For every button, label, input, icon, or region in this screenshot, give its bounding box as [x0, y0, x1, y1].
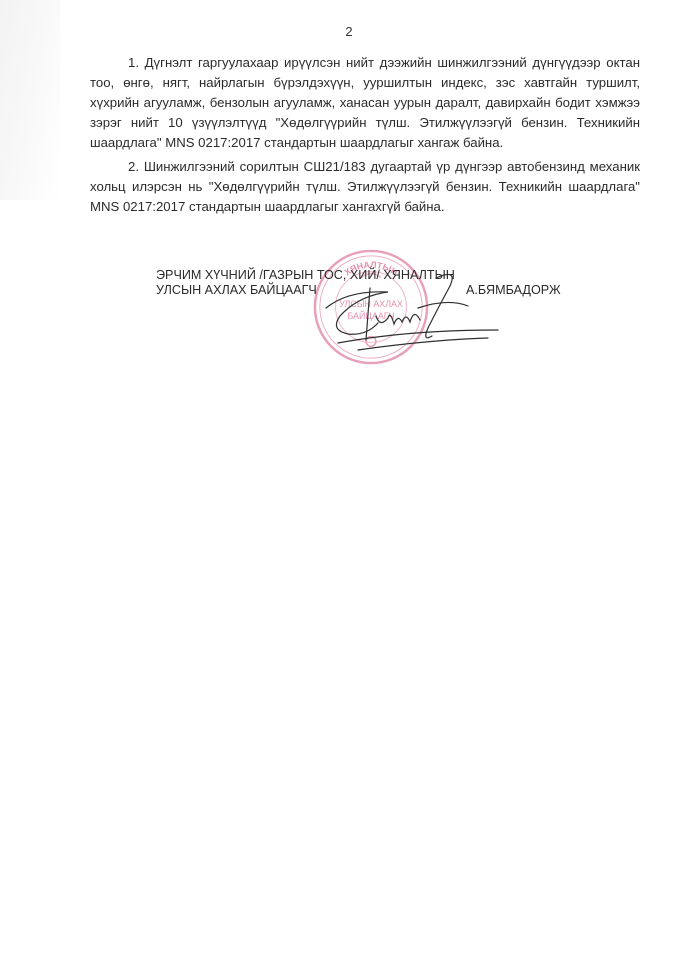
handwritten-signature-icon: [318, 268, 508, 358]
document-page: 2 1. Дүгнэлт гаргуулахаар ирүүлсэн нийт …: [0, 0, 698, 960]
document-body: 1. Дүгнэлт гаргуулахаар ирүүлсэн нийт дэ…: [90, 53, 640, 221]
page-number: 2: [0, 24, 698, 39]
paragraph-conclusion-2: 2. Шинжилгээний сорилтын СШ21/183 дугаар…: [90, 157, 640, 217]
paragraph-conclusion-1: 1. Дүгнэлт гаргуулахаар ирүүлсэн нийт дэ…: [90, 53, 640, 153]
